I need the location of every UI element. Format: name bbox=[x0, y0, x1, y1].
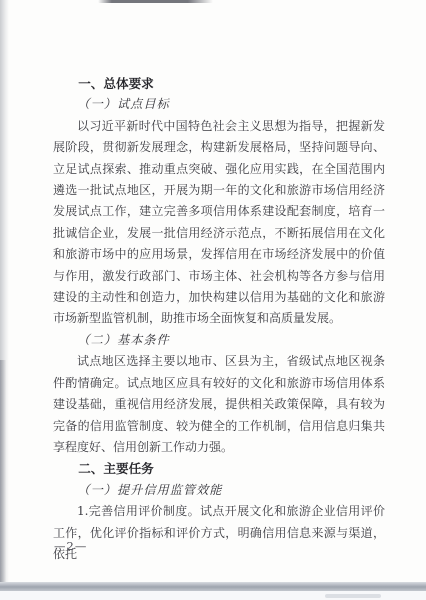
paragraph: 1.完善信用评价制度。试点开展文化和旅游企业信用评价工作，优化评价指标和评价方式… bbox=[53, 501, 385, 565]
bottom-scan-shadow bbox=[0, 582, 426, 591]
document-body: 一、总体要求 （一）试点目标 以习近平新时代中国特色社会主义思想为指导，把握新发… bbox=[53, 73, 385, 565]
subsection-heading: （一）提升信用监管效能 bbox=[53, 480, 385, 501]
subsection-heading: （二）基本条件 bbox=[53, 330, 385, 351]
subsection-heading: （一）试点目标 bbox=[53, 94, 385, 115]
scanned-document-page: 一、总体要求 （一）试点目标 以习近平新时代中国特色社会主义思想为指导，把握新发… bbox=[0, 0, 426, 600]
left-edge-shadow-dark bbox=[0, 360, 7, 583]
top-scan-artifact bbox=[98, 0, 213, 3]
paragraph: 试点地区选择主要以地市、区县为主，省级试点地区视条件酌情确定。试点地区应具有较好… bbox=[53, 351, 385, 458]
left-edge-shadow bbox=[0, 0, 10, 583]
section-heading: 二、主要任务 bbox=[53, 458, 385, 479]
bottom-smudge-artifact bbox=[325, 594, 381, 598]
paragraph: 以习近平新时代中国特色社会主义思想为指导，把握新发展阶段，贯彻新发展理念，构建新… bbox=[53, 116, 385, 330]
page-number: —2— bbox=[54, 539, 87, 553]
section-heading: 一、总体要求 bbox=[53, 73, 385, 94]
